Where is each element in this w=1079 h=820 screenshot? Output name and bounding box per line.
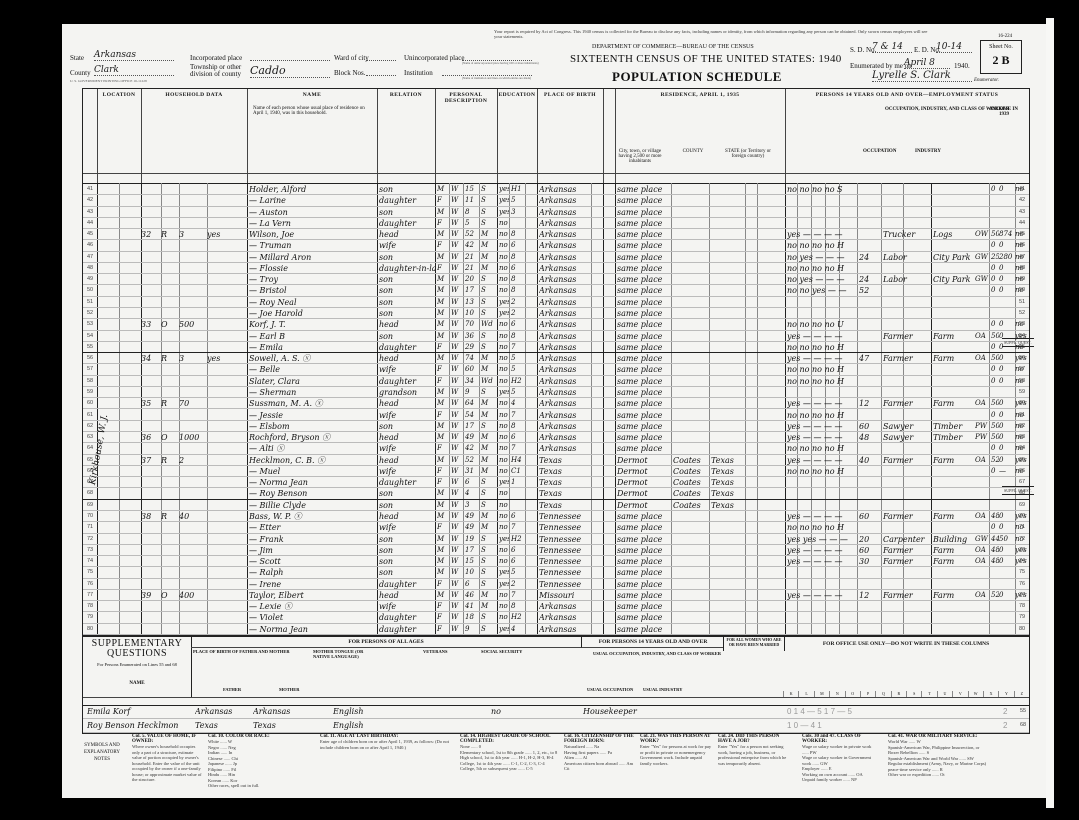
supp-cell-usual_occ: Housekeeper xyxy=(583,705,653,718)
sheet-number-box: Sheet No. 2 B xyxy=(980,40,1022,74)
office-col-letter: Q xyxy=(875,691,890,697)
office-col-letter: U xyxy=(937,691,952,697)
office-col-letter: M xyxy=(814,691,829,697)
form-number: 16-224 xyxy=(998,34,1012,39)
supp-col-name: NAME xyxy=(83,667,191,686)
note-item: College, 5th or subsequent year ...... C… xyxy=(460,766,560,772)
supp-all-ages: FOR PERSONS OF ALL AGES xyxy=(191,637,581,648)
cell-age: 9 xyxy=(465,623,479,636)
office-col-letter: L xyxy=(798,691,813,697)
supp-tag-55: SUPPL. QUEST. xyxy=(1002,338,1034,347)
office-col-letter: X xyxy=(983,691,998,697)
block-field xyxy=(366,74,396,76)
cell-rel: daughter xyxy=(379,623,435,636)
supplementary-questions: SUPPLEMENTARY QUESTIONS For Persons Enum… xyxy=(82,636,1030,734)
supp-cell-line: 68 xyxy=(1017,719,1029,732)
cell-race: W xyxy=(451,623,463,636)
institution-label: Institution xyxy=(404,69,433,77)
incorporated-field xyxy=(250,59,330,61)
cell-wage xyxy=(999,623,1015,636)
note-item: Other war or expedition ...... Ot xyxy=(888,772,988,778)
col-residence: RESIDENCE, APRIL 1, 1935 City, town, or … xyxy=(615,89,786,183)
cell-ind xyxy=(933,623,973,636)
supp-women: FOR ALL WOMEN WHO ARE OR HAVE BEEN MARRI… xyxy=(723,637,785,651)
col-birthplace: PLACE OF BIRTH xyxy=(537,89,604,183)
note-at-work: Col. 21. WAS THIS PERSON AT WORK?Enter "… xyxy=(640,734,712,766)
supp-col-usual-ind: USUAL INDUSTRY xyxy=(643,687,682,692)
page-edge xyxy=(1046,18,1054,808)
office-col-letter: P xyxy=(860,691,875,697)
supp-cell-name: Roy Benson Hecklmon xyxy=(87,719,187,732)
enumerator-name: Lyrelle S. Clark xyxy=(872,70,972,82)
line-number: 80 xyxy=(83,623,97,636)
supp-cell-end: 2 xyxy=(1003,719,1013,732)
supp-title: SUPPLEMENTARY QUESTIONS xyxy=(83,637,191,659)
office-col-letter: T xyxy=(921,691,936,697)
supp-cell-tongue: English xyxy=(333,719,413,732)
supp-row: Roy Benson HecklmonTexasTexasEnglish1 0 … xyxy=(83,719,1029,733)
incorporated-label: Incorporated place xyxy=(190,54,242,62)
ed-value: 10-14 xyxy=(936,42,972,53)
supp-cell-line: 55 xyxy=(1017,705,1029,718)
supp-col-father: FATHER xyxy=(223,687,241,692)
note-value-of-home: Col. 5. VALUE OF HOME, IF OWNED:Where ow… xyxy=(132,734,202,783)
office-col-letter: W xyxy=(968,691,983,697)
cell-hh xyxy=(141,623,161,636)
office-col-letter: K xyxy=(783,691,798,697)
supp-subtitle: For Persons Enumerated on Lines 55 and 6… xyxy=(83,659,191,667)
explanatory-notes: SYMBOLS AND EXPLANATORY NOTES Col. 5. VA… xyxy=(82,734,1028,792)
enumerator-label: Enumerator. xyxy=(974,78,999,83)
cell-sex: F xyxy=(437,623,449,636)
note-class-worker: Cols. 30 and 47. CLASS OF WORKER:Wage or… xyxy=(802,734,878,783)
supp-row: Emila KorfArkansasArkansasEnglishnoHouse… xyxy=(83,705,1029,719)
cell-hrs xyxy=(859,623,881,636)
office-col-letter: R xyxy=(891,691,906,697)
supp-title-box: SUPPLEMENTARY QUESTIONS For Persons Enum… xyxy=(83,637,192,697)
unincorporated-label: Unincorporated place xyxy=(404,54,464,62)
note-grade: Col. 14. HIGHEST GRADE OF SCHOOL COMPLET… xyxy=(460,734,560,772)
county-label: County xyxy=(70,69,91,77)
enumerated-year: 1940. xyxy=(954,62,970,70)
supp-col-mother: MOTHER xyxy=(279,687,300,692)
supp-rows: Emila KorfArkansasArkansasEnglishnoHouse… xyxy=(83,705,1029,733)
note-item: Wage or salary worker in Government work… xyxy=(802,755,878,766)
sheet-value: 2 B xyxy=(981,50,1021,68)
supp-cell-father: Texas xyxy=(195,719,251,732)
department: DEPARTMENT OF COMMERCE—BUREAU OF THE CEN… xyxy=(592,44,754,50)
supp-tag-68: SUPPL. QUEST. xyxy=(1002,486,1034,495)
cell-res: same place xyxy=(617,623,671,636)
col-location: LOCATION xyxy=(97,89,142,183)
col-line-no xyxy=(83,89,98,183)
cell-occ xyxy=(883,623,931,636)
office-col-letter: O xyxy=(845,691,860,697)
sd-value: 7 & 14 xyxy=(872,42,912,53)
col-household: HOUSEHOLD DATA xyxy=(141,89,248,183)
office-col-letter: V xyxy=(952,691,967,697)
cell-res_county xyxy=(673,623,709,636)
supp-cell-usual_occ xyxy=(583,719,653,732)
notes-symbols-title: SYMBOLS AND EXPLANATORY NOTES xyxy=(82,742,122,763)
col-education: EDUCATION xyxy=(497,89,538,183)
cell-name: — Norma Jean xyxy=(249,623,377,636)
note-color-race: Col. 10. COLOR OR RACE:White ...... WNeg… xyxy=(208,734,318,789)
supp-cell-ss xyxy=(491,719,511,732)
col-relation: RELATION xyxy=(377,89,436,183)
office-col-letter: N xyxy=(829,691,844,697)
note-military: Col. 41. WAR OR MILITARY SERVICE:World W… xyxy=(888,734,988,778)
cell-value xyxy=(179,623,207,636)
township-label: Township or other division of county xyxy=(190,64,250,78)
supp-cell-office: 0 1 4 — 5 1 7 — 5 xyxy=(787,705,987,718)
cell-cw xyxy=(975,623,989,636)
cell-birth: Arkansas xyxy=(539,623,591,636)
institution-sub: (Name of institution and lines on which … xyxy=(462,76,531,80)
supp-cell-name: Emila Korf xyxy=(87,705,187,718)
line-number-right: 80 xyxy=(1015,623,1029,636)
note-item: American citizen born abroad ...... Am C… xyxy=(564,761,634,772)
cell-sch: yes xyxy=(499,623,509,636)
state-value: Arkansas xyxy=(94,50,174,61)
state-label: State xyxy=(70,54,84,62)
ward-label: Ward of city xyxy=(334,54,369,62)
supp-cell-tongue: English xyxy=(333,705,413,718)
schedule-title: POPULATION SCHEDULE xyxy=(612,69,782,85)
note-item: Wage or salary worker in private work ..… xyxy=(802,744,878,755)
cell-farm xyxy=(207,623,247,636)
col-personal: PERSONAL DESCRIPTION xyxy=(435,89,498,183)
office-col-letter: Y xyxy=(998,691,1013,697)
sheet-label: Sheet No. xyxy=(981,41,1021,50)
note-item: Regular establishment (Army, Navy, or Ma… xyxy=(888,761,988,772)
supp-usual-occ-title: USUAL OCCUPATION, INDUSTRY, AND CLASS OF… xyxy=(593,651,721,656)
supp-cell-office: 1 0 — 4 1 xyxy=(787,719,987,732)
office-col-letter: Z xyxy=(1014,691,1029,697)
table-row: 80— Norma JeandaughterFW9Syes4Arkansassa… xyxy=(83,623,1029,635)
supp-veterans: VETERANS xyxy=(423,649,448,654)
supp-cell-mother: Arkansas xyxy=(253,705,313,718)
table-body: 41Holder, AlfordsonMW15SyesH1Arkansassam… xyxy=(83,183,1029,635)
supp-birthplace-parents: PLACE OF BIRTH OF FATHER AND MOTHER xyxy=(193,649,290,654)
supp-office-use: FOR OFFICE USE ONLY—DO NOT WRITE IN THES… xyxy=(783,637,1029,651)
census-sheet: Your report is required by Act of Congre… xyxy=(62,24,1046,798)
top-notice: Your report is required by Act of Congre… xyxy=(494,29,934,39)
cell-res_state xyxy=(711,623,745,636)
county-value: Clark xyxy=(94,65,174,76)
note-have-job: Col. 24. DID THIS PERSON HAVE A JOB?Ente… xyxy=(718,734,794,766)
supp-mother-tongue: MOTHER TONGUE (OR NATIVE LANGUAGE) xyxy=(313,649,373,659)
supp-social-security: SOCIAL SECURITY xyxy=(481,649,522,654)
note-item: High school, 1st to 4th year ...... H-1,… xyxy=(460,755,560,761)
supp-cell-father: Arkansas xyxy=(195,705,251,718)
block-label: Block Nos. xyxy=(334,69,366,77)
unincorporated-sub: (Name of unincorporated place having 100… xyxy=(462,61,539,65)
cell-ms: S xyxy=(481,623,497,636)
cell-tenure xyxy=(161,623,179,636)
note-age: Col. 11. AGE AT LAST BIRTHDAY:Enter age … xyxy=(320,734,450,750)
col-employment: PERSONS 14 YEARS OLD AND OVER—EMPLOYMENT… xyxy=(785,89,1029,183)
office-column-letters: KLMNOPQRSTUVWXYZ xyxy=(783,691,1029,697)
note-citizenship: Col. 16. CITIZENSHIP OF THE FOREIGN BORN… xyxy=(564,734,634,772)
note-item: Unpaid family worker ...... NP xyxy=(802,777,878,783)
ward-field xyxy=(366,59,396,61)
supp-persons-14: FOR PERSONS 14 YEARS OLD AND OVER xyxy=(581,637,724,648)
enumerated-label: Enumerated by me on xyxy=(850,62,912,70)
note-item: Other races, spell out in full. xyxy=(208,783,318,789)
printing-office: U. S. GOVERNMENT PRINTING OFFICE 16-1122… xyxy=(70,79,147,83)
col-name: NAMEName of each person whose usual plac… xyxy=(247,89,378,183)
note-item: Spanish-American War, Philippine Insurre… xyxy=(888,745,988,756)
enumerated-date: April 8 xyxy=(904,58,950,69)
cell-emp xyxy=(787,623,857,636)
office-col-letter: S xyxy=(906,691,921,697)
supp-cell-ss: no xyxy=(491,705,511,718)
supp-col-usual-occ: USUAL OCCUPATION xyxy=(587,687,633,692)
cell-wk xyxy=(991,623,999,636)
census-title: SIXTEENTH CENSUS OF THE UNITED STATES: 1… xyxy=(570,53,842,65)
supp-cell-end: 2 xyxy=(1003,705,1013,718)
cell-grade: 4 xyxy=(511,623,525,636)
supp-cell-mother: Texas xyxy=(253,719,313,732)
population-table: LOCATION HOUSEHOLD DATA NAMEName of each… xyxy=(82,88,1030,636)
township-value: Caddo xyxy=(250,64,330,78)
